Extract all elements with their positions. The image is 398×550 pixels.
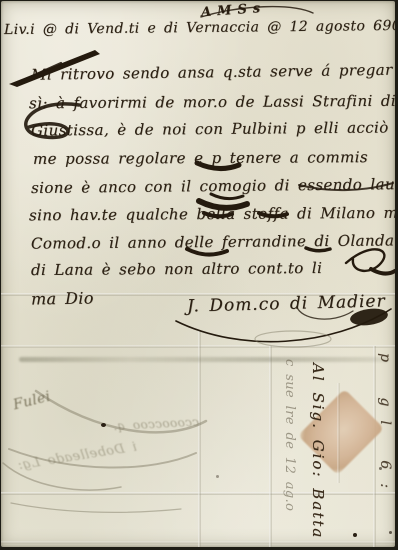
fold-line-vertical [269, 346, 272, 547]
body-line: sino hav.te qualche bella stoffa di Mila… [29, 204, 395, 225]
fold-line-vertical [198, 331, 201, 547]
bleedthrough-mirror-line: i Dobelleado Lg: [17, 440, 138, 474]
ink-dot [389, 531, 392, 534]
document-photo: Fulei ccoooccoo q. i Dobelleado Lg: c su… [0, 0, 398, 550]
body-line: di Lana è sebo non altro cont.to li [31, 259, 322, 279]
address-column-dark: Al Sig. Gio: Batta Madier 6 [309, 363, 327, 547]
dateline: Liv.i @ di Vend.ti e di Vernaccia @ 12 a… [4, 18, 395, 38]
address-column-faint: c sue lre de 12 ag.o [282, 359, 297, 479]
invocation-monogram: AMSs [201, 1, 267, 20]
body-line: Giustissa, è de noi con Pulbini p elli a… [31, 118, 389, 139]
ink-dot [353, 533, 357, 537]
fold-line-vertical [373, 346, 376, 547]
paragraph-end-blob [371, 269, 395, 274]
paragraph-end-loops [346, 249, 384, 271]
body-line: sione è anco con il comogio di essendo l… [31, 175, 395, 197]
signature: J. Dom.co di Madier [187, 291, 386, 316]
bleedthrough-scribble: ccoooccoo q. [113, 415, 200, 433]
ink-dot [379, 467, 382, 470]
bleedthrough-word: Fulei [12, 389, 53, 414]
ink-smudge-streak [19, 357, 389, 362]
bleedthrough-loop-4 [11, 503, 181, 512]
body-line: sì: à favorirmi de mor.o de Lassi Strafi… [29, 92, 395, 113]
ink-dot [101, 423, 106, 427]
body-line: me possa regolare e p tenere a commis [33, 148, 368, 168]
fold-line-through-seal [337, 383, 340, 483]
body-line: Mi ritrovo sendo ansa q.sta serve á preg… [31, 60, 395, 84]
address-column-edge: p gl 6: [377, 353, 393, 547]
valediction: ma Dio [31, 288, 94, 308]
ink-dot [216, 475, 219, 478]
manuscript-paper: Fulei ccoooccoo q. i Dobelleado Lg: c su… [1, 1, 395, 547]
body-line: Comod.o il anno delle ferrandine di Olan… [31, 231, 395, 252]
